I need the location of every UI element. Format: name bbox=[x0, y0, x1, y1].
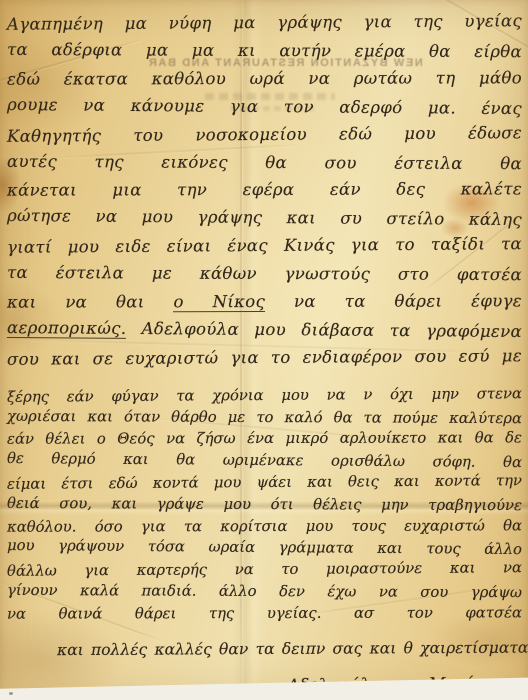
letter-line: τα αδέρφια μα μα κι αυτήν εμέρα θα είρθα bbox=[7, 36, 522, 66]
letter-line: χωριέσαι και όταν θάρθο με το καλό θα τα… bbox=[7, 405, 522, 429]
letter-line: να θαινά θάρει της υγείας. ασ τον φατσέα bbox=[7, 602, 522, 625]
letter-text-segment: και πολλές καλλές θαν τα δειπν σας και θ… bbox=[57, 638, 528, 659]
letter-text-segment: εδώ έκατσα καθόλου ωρά να ρωτάω τη μάθο bbox=[7, 68, 522, 88]
letter-text-segment: γιατί μου ειδε είναι ένας Κινάς για το τ… bbox=[7, 234, 522, 257]
letter-line: τα έστειλα με κάθων γνωστούς στο φατσέα bbox=[7, 259, 522, 289]
letter-text-segment: αυτές της εικόνες θα σου έστειλα θα bbox=[7, 151, 522, 172]
letter-line: Αδελφούλα σας Μαρίνα bbox=[7, 671, 522, 700]
letter-line: θειά σου, και γράψε μου ότι θέλεις μην τ… bbox=[7, 493, 522, 517]
letter-text-segment: τα έστειλα με κάθων γνωστούς στο φατσέα bbox=[7, 263, 522, 284]
letter-text-segment: να τα θάρει έφυγε bbox=[265, 291, 522, 311]
letter-text-segment: είμαι έτσι εδώ κοντά μου ψάει και θεις κ… bbox=[7, 472, 522, 493]
letter-text-segment: Αγαπημένη μα νύφη μα γράψης για της υγεί… bbox=[7, 11, 522, 34]
letter-text-segment: γίνουν καλά παιδιά. άλλο δεν έχω να σου … bbox=[7, 582, 522, 601]
letter-text-segment: χωριέσαι και όταν θάρθο με το καλό θα τα… bbox=[7, 407, 522, 426]
letter-line: Καθηγητής του νοσοκομείου εδώ μου έδωσε bbox=[7, 119, 522, 151]
letter-text-segment: θειά σου, και γράψε μου ότι θέλεις μην τ… bbox=[7, 495, 522, 514]
letter-line: και να θαι ο Νίκος να τα θάρει έφυγε bbox=[7, 287, 522, 316]
letter-line: γιατί μου ειδε είναι ένας Κινάς για το τ… bbox=[7, 230, 522, 262]
underlined-word: Μαρίνα bbox=[428, 673, 494, 694]
letter-text-segment: να θαινά θάρει της υγείας. ασ τον φατσέα bbox=[7, 604, 522, 622]
letter-signature: Αδελφούλα σας Μαρίνα bbox=[7, 674, 522, 698]
letter-line: γίνουν καλά παιδιά. άλλο δεν έχω να σου … bbox=[7, 580, 522, 604]
underlined-word: ο Νίκος bbox=[173, 292, 265, 312]
letter-text-segment: τα αδέρφια μα μα κι αυτήν εμέρα θα είρθα bbox=[7, 40, 522, 61]
letter-line: εδώ έκατσα καθόλου ωρά να ρωτάω τη μάθο bbox=[7, 64, 522, 93]
scanner-dust-speck bbox=[9, 692, 13, 695]
letter-line: είμαι έτσι εδώ κοντά μου ψάει και θεις κ… bbox=[7, 470, 522, 495]
letter-closing-line: και πολλές καλλές θαν τα δειπν σας και θ… bbox=[7, 638, 522, 661]
handwritten-letter-body: Αγαπημένη μα νύφη μα γράψης για της υγεί… bbox=[7, 9, 522, 698]
letter-text-segment: μου γράψουν τόσα ωραία γράμματα και τους… bbox=[7, 537, 522, 558]
letter-text-segment: Αδελφούλα μου διάβασα τα γραφόμενα bbox=[126, 319, 522, 341]
underlined-word: αεροπορικώς. bbox=[7, 318, 126, 339]
letter-text-segment: θάλλω για καρτερής να το μοιραστούνε και… bbox=[7, 559, 522, 580]
letter-line: ξέρης εάν φύγαν τα χρόνια μου να ν όχι μ… bbox=[7, 383, 522, 408]
letter-text-segment: εάν θέλει ο Θεός να ζήσω ένα μικρό αρλου… bbox=[7, 430, 522, 448]
letter-text-segment: ρώτησε να μου γράψης και συ στείλο κάλης bbox=[7, 206, 522, 229]
letter-text-segment: θε θερμό και θα ωριμένακε ορισθάλω σόφη.… bbox=[7, 450, 522, 471]
letter-line: Αγαπημένη μα νύφη μα γράψης για της υγεί… bbox=[7, 7, 522, 39]
letter-paragraph-bottom: ξέρης εάν φύγαν τα χρόνια μου να ν όχι μ… bbox=[7, 385, 522, 625]
letter-text-segment: Καθηγητής του νοσοκομείου εδώ μου έδωσε bbox=[7, 123, 522, 146]
letter-line: αεροπορικώς. Αδελφούλα μου διάβασα τα γρ… bbox=[7, 314, 522, 346]
letter-line: ρουμε να κάνουμε για τον αδερφό μα. ένας bbox=[7, 91, 522, 123]
letter-line: αυτές της εικόνες θα σου έστειλα θα bbox=[7, 147, 522, 177]
letter-paragraph-top: Αγαπημένη μα νύφη μα γράψης για της υγεί… bbox=[7, 9, 522, 372]
letter-line: θάλλω για καρτερής να το μοιραστούνε και… bbox=[7, 557, 522, 582]
letter-text-segment: καθόλου. όσο για τα κορίτσια μου τους ευ… bbox=[7, 517, 522, 535]
letter-line: ρώτησε να μου γράψης και συ στείλο κάλης bbox=[7, 202, 522, 234]
letter-line: εάν θέλει ο Θεός να ζήσω ένα μικρό αρλου… bbox=[7, 428, 522, 451]
letter-line: και πολλές καλλές θαν τα δειπν σας και θ… bbox=[7, 636, 522, 662]
scanned-letter-page: { "document": { "type": "scanned handwri… bbox=[0, 0, 528, 700]
letter-text-segment: Αδελφούλα σας bbox=[287, 674, 428, 694]
letter-text-segment: κάνεται μια την εφέρα εάν δες καλέτε bbox=[7, 180, 522, 200]
letter-text-segment: ξέρης εάν φύγαν τα χρόνια μου να ν όχι μ… bbox=[7, 385, 522, 406]
letter-line: κάνεται μια την εφέρα εάν δες καλέτε bbox=[7, 176, 522, 205]
letter-line: καθόλου. όσο για τα κορίτσια μου τους ευ… bbox=[7, 515, 522, 538]
letter-line: σου και σε ευχαριστώ για το ενδιαφέρον σ… bbox=[7, 342, 522, 374]
letter-text-segment: και να θαι bbox=[7, 292, 173, 311]
letter-text-segment: ρουμε να κάνουμε για τον αδερφό μα. ένας bbox=[7, 95, 522, 118]
letter-paper: NEW BYZANTION RESTAURANT AND BAR Αγαπημέ… bbox=[0, 0, 528, 700]
letter-text-segment: σου και σε ευχαριστώ για το ενδιαφέρον σ… bbox=[7, 346, 522, 369]
